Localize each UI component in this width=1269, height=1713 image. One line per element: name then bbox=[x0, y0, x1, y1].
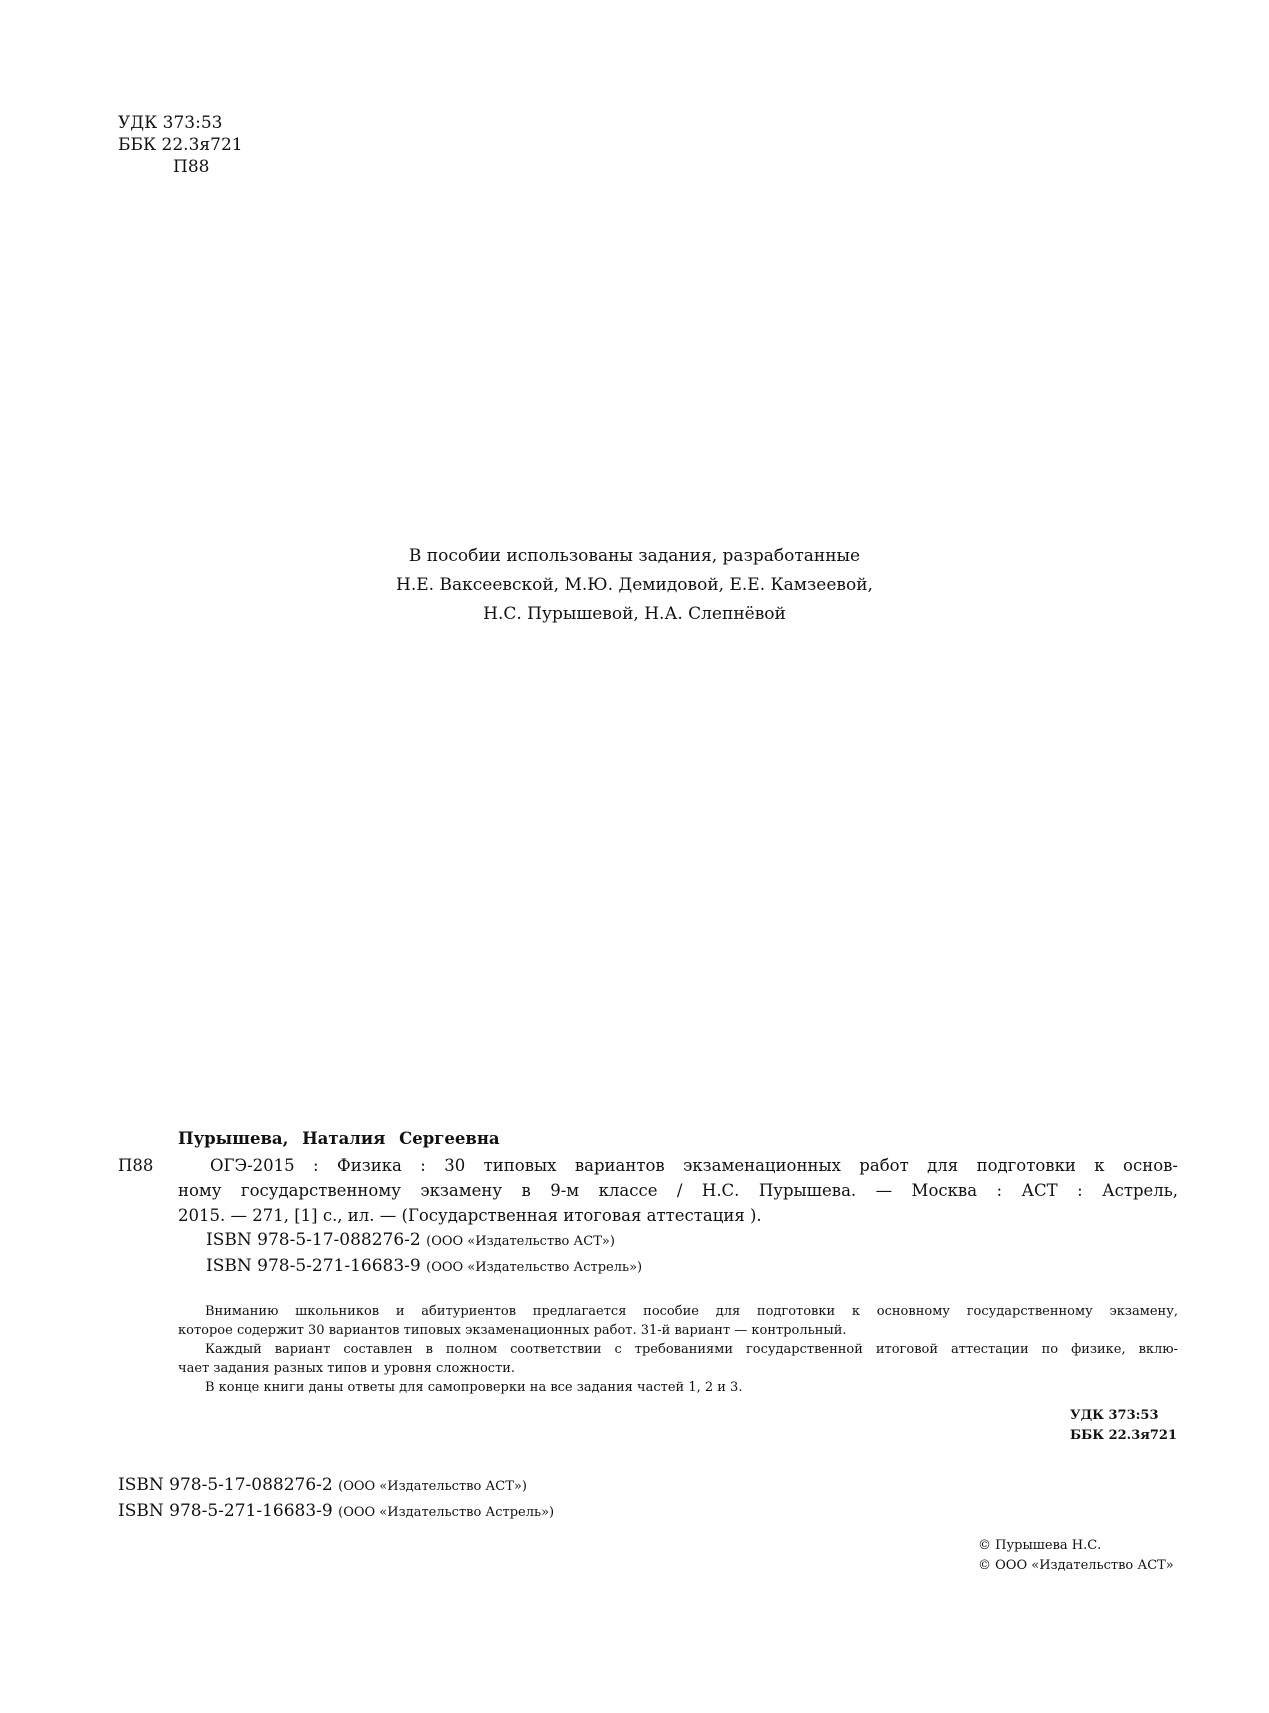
credits-line: Н.С. Пурышевой, Н.А. Слепнёвой bbox=[0, 600, 1269, 629]
udk-code: УДК 373:53 bbox=[1070, 1406, 1177, 1426]
right-classification-block: УДК 373:53 ББК 22.3я721 bbox=[1070, 1406, 1177, 1446]
bbk-code: ББК 22.3я721 bbox=[118, 134, 243, 156]
isbn-list: ISBN 978-5-17-088276-2 (ООО «Издательств… bbox=[206, 1228, 642, 1280]
isbn-publisher: (ООО «Издательство Астрель») bbox=[338, 1505, 554, 1520]
isbn-publisher: (ООО «Издательство АСТ») bbox=[426, 1234, 615, 1249]
annotation-line: которое содержит 30 вариантов типовых эк… bbox=[178, 1321, 1178, 1340]
isbn-entry: ISBN 978-5-17-088276-2 (ООО «Издательств… bbox=[118, 1473, 554, 1499]
annotation-line: В конце книги даны ответы для самопровер… bbox=[178, 1378, 1178, 1397]
credits-line: Н.Е. Ваксеевской, М.Ю. Демидовой, Е.Е. К… bbox=[0, 571, 1269, 600]
credits-block: В пособии использованы задания, разработ… bbox=[0, 542, 1269, 629]
isbn-publisher: (ООО «Издательство Астрель») bbox=[426, 1260, 642, 1275]
isbn-number: ISBN 978-5-271-16683-9 bbox=[118, 1501, 333, 1521]
description-line: ному государственному экзамену в 9-м кла… bbox=[178, 1178, 1178, 1203]
annotation-line: Вниманию школьников и абитуриентов предл… bbox=[178, 1302, 1178, 1321]
isbn-entry: ISBN 978-5-271-16683-9 (ООО «Издательств… bbox=[206, 1254, 642, 1280]
copyright-author: © Пурышева Н.С. bbox=[978, 1536, 1174, 1556]
author-mark: П88 bbox=[118, 1153, 153, 1178]
credits-line: В пособии использованы задания, разработ… bbox=[0, 542, 1269, 571]
isbn-entry: ISBN 978-5-271-16683-9 (ООО «Издательств… bbox=[118, 1499, 554, 1525]
isbn-number: ISBN 978-5-271-16683-9 bbox=[206, 1256, 421, 1276]
isbn-entry: ISBN 978-5-17-088276-2 (ООО «Издательств… bbox=[206, 1228, 642, 1254]
isbn-number: ISBN 978-5-17-088276-2 bbox=[118, 1475, 333, 1495]
annotation-line: чает задания разных типов и уровня сложн… bbox=[178, 1359, 1178, 1378]
bottom-isbn-list: ISBN 978-5-17-088276-2 (ООО «Издательств… bbox=[118, 1473, 554, 1525]
description-line: 2015. — 271, [1] с., ил. — (Государствен… bbox=[178, 1203, 1178, 1228]
top-classification-block: УДК 373:53 ББК 22.3я721 П88 bbox=[118, 112, 243, 178]
copyright-block: © Пурышева Н.С. © ООО «Издательство АСТ» bbox=[978, 1536, 1174, 1576]
annotation-block: Вниманию школьников и абитуриентов предл… bbox=[178, 1302, 1178, 1397]
udk-code: УДК 373:53 bbox=[118, 112, 243, 134]
isbn-publisher: (ООО «Издательство АСТ») bbox=[338, 1479, 527, 1494]
author-mark: П88 bbox=[118, 156, 243, 178]
annotation-line: Каждый вариант составлен в полном соотве… bbox=[178, 1340, 1178, 1359]
book-description: ОГЭ-2015 : Физика : 30 типовых вариантов… bbox=[178, 1153, 1178, 1228]
author-heading: Пурышева, Наталия Сергеевна bbox=[178, 1126, 500, 1151]
copyright-publisher: © ООО «Издательство АСТ» bbox=[978, 1556, 1174, 1576]
isbn-number: ISBN 978-5-17-088276-2 bbox=[206, 1230, 421, 1250]
bbk-code: ББК 22.3я721 bbox=[1070, 1426, 1177, 1446]
description-line: ОГЭ-2015 : Физика : 30 типовых вариантов… bbox=[178, 1153, 1178, 1178]
